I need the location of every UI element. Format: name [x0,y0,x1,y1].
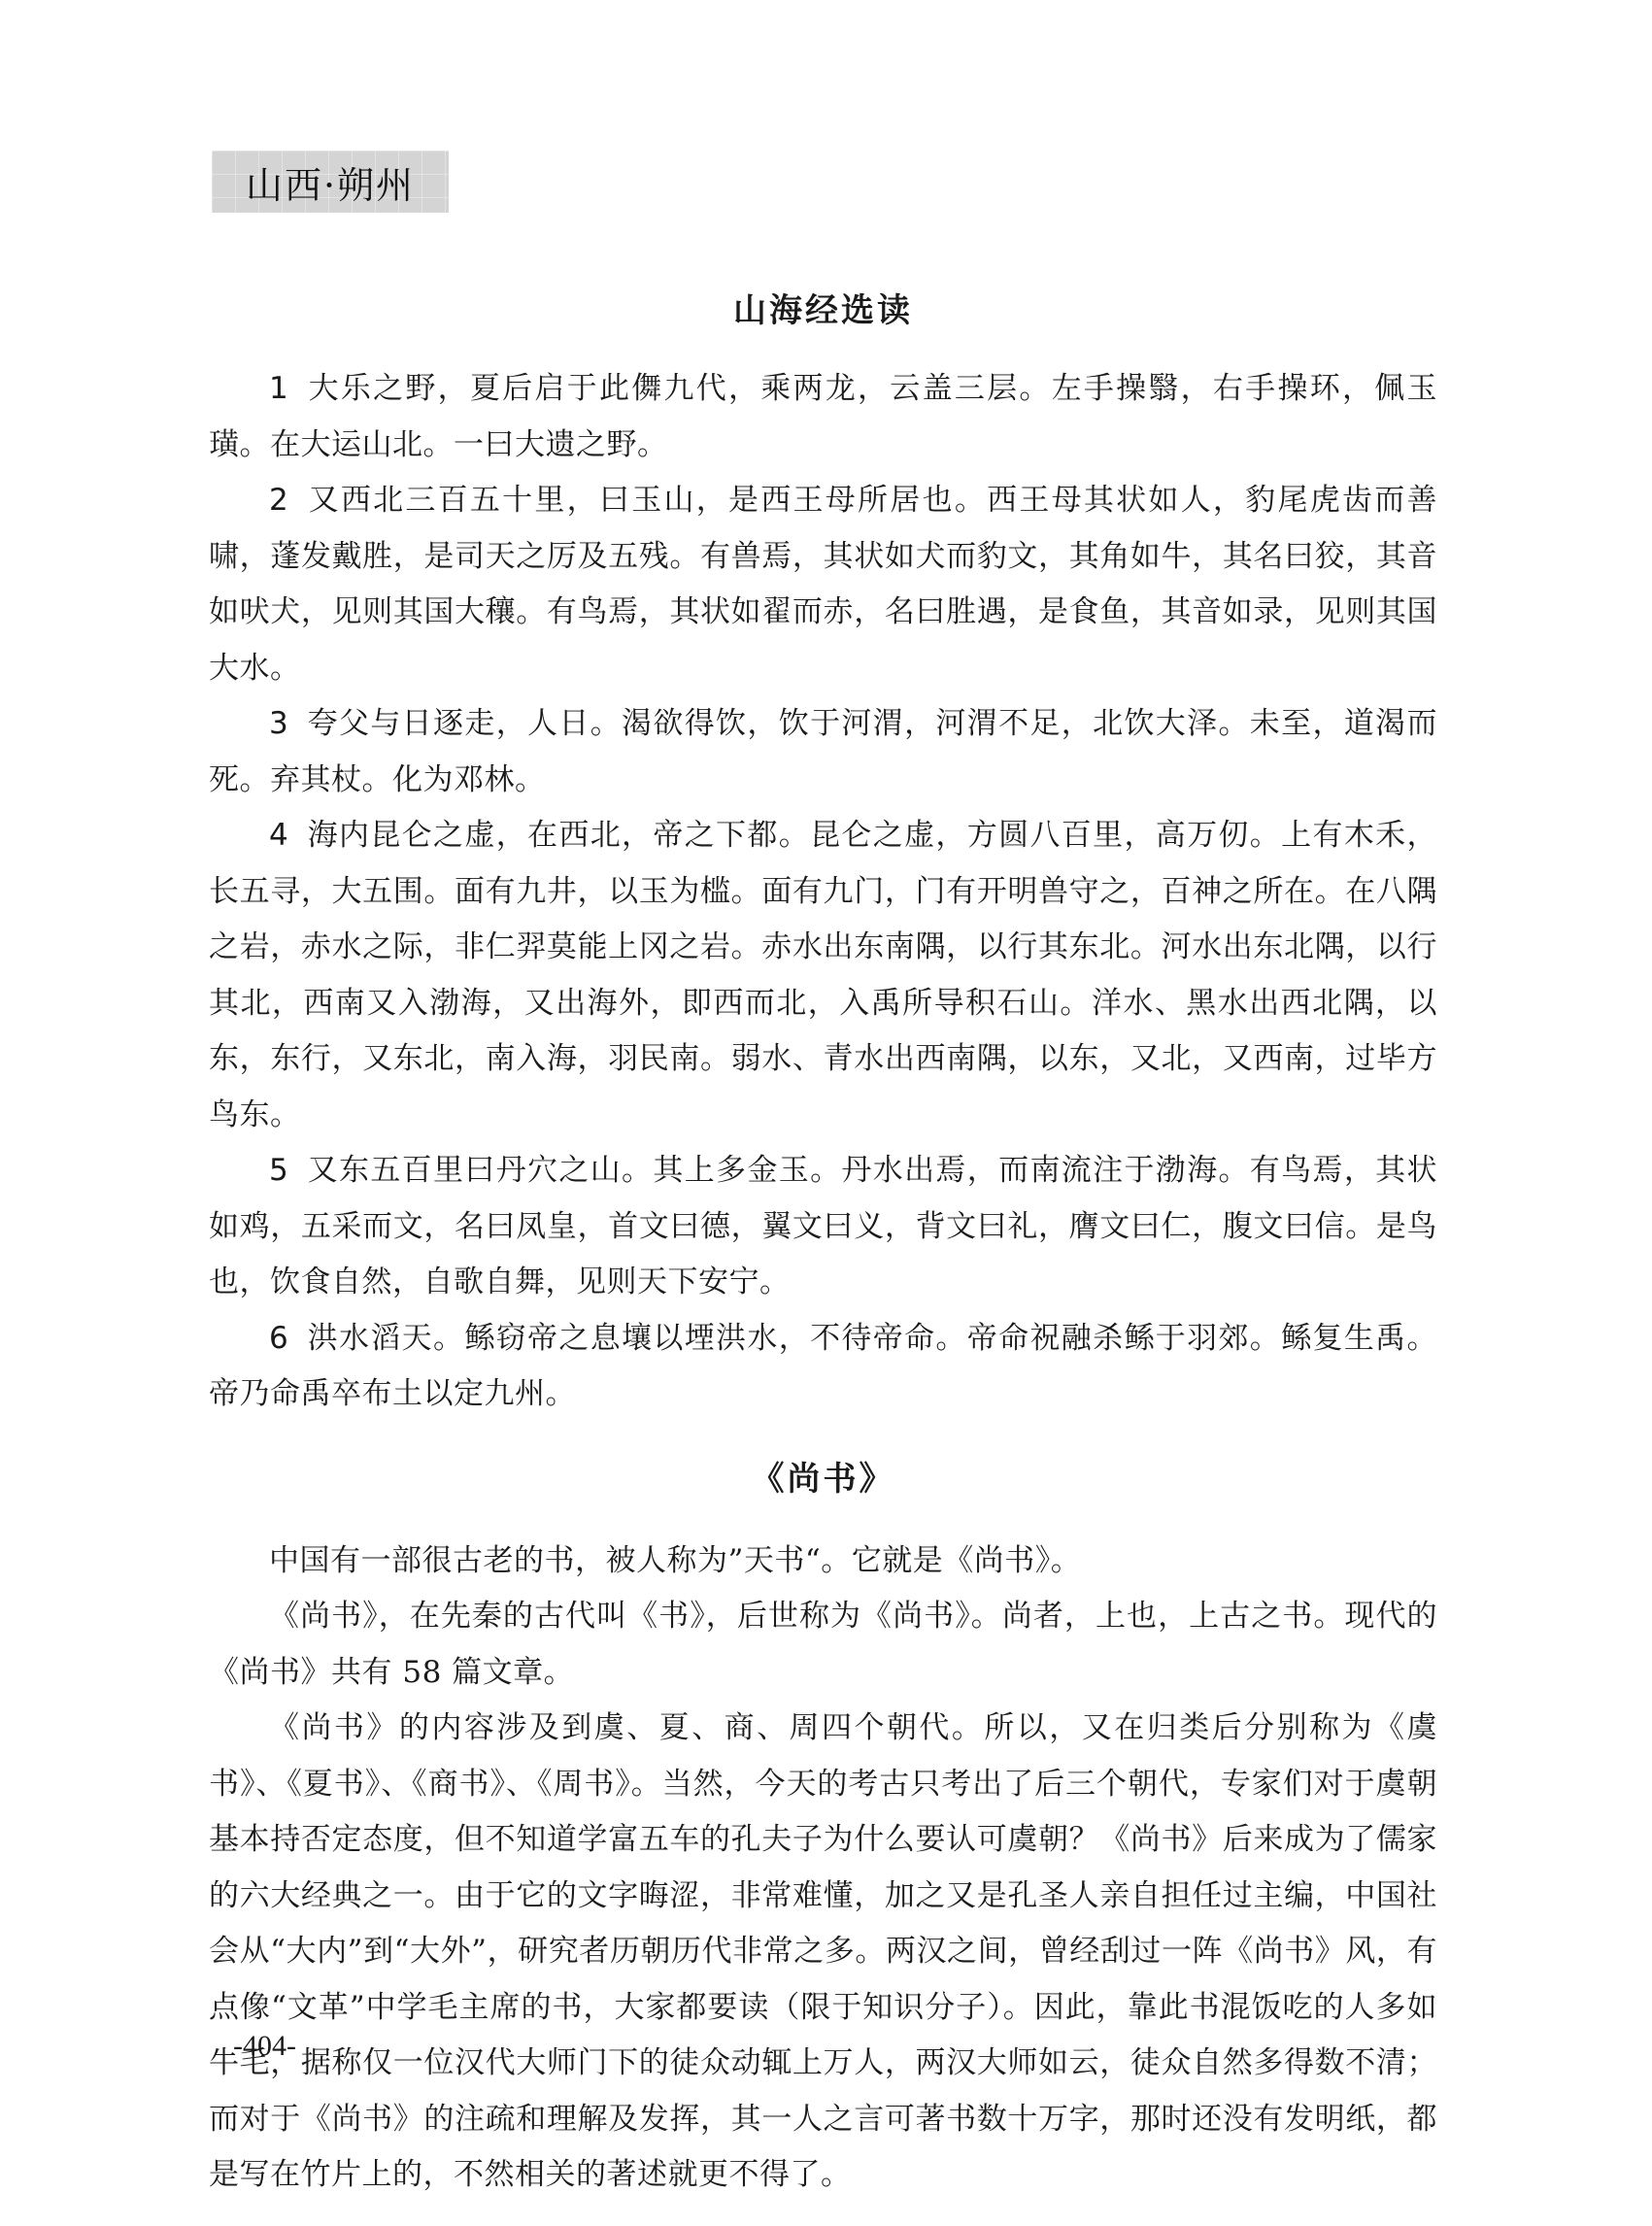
region-tag-label: 山西·朔州 [246,155,415,209]
region-tag: 山西·朔州 [212,151,449,213]
excerpt-number: 3 [269,706,288,741]
excerpt-item: 6洪水滔天。鲧窃帝之息壤以堙洪水，不待帝命。帝命祝融杀鲧于羽郊。鲧复生禹。帝乃命… [209,1311,1437,1423]
body-paragraph: 中国有一部很古老的书，被人称为”天书“。它就是《尚书》。 [209,1534,1437,1590]
shangshu-body: 中国有一部很古老的书，被人称为”天书“。它就是《尚书》。 《尚书》，在先秦的古代… [209,1534,1437,2204]
excerpt-text: 海内昆仑之虚，在西北，帝之下都。昆仑之虚，方圆八百里，高万仞。上有木禾，长五寻，… [209,818,1437,1132]
excerpt-item: 5又东五百里曰丹穴之山。其上多金玉。丹水出焉，而南流注于渤海。有鸟焉，其状如鸡，… [209,1143,1437,1311]
excerpt-number: 6 [269,1321,288,1356]
excerpt-item: 3夸父与日逐走，人日。渴欲得饮，饮于河渭，河渭不足，北饮大泽。未至，道渴而死。弃… [209,696,1437,808]
excerpt-number: 2 [269,483,288,518]
section-title-shangshu: 《尚书》 [209,1450,1437,1508]
excerpt-item: 4海内昆仑之虚，在西北，帝之下都。昆仑之虚，方圆八百里，高万仞。上有木禾，长五寻… [209,808,1437,1143]
excerpt-text: 大乐之野，夏后启于此儛九代，乘两龙，云盖三层。左手操翳，右手操环，佩玉璜。在大运… [209,371,1437,462]
excerpt-text: 又东五百里曰丹穴之山。其上多金玉。丹水出焉，而南流注于渤海。有鸟焉，其状如鸡，五… [209,1153,1437,1299]
shanhaijing-excerpts: 1大乐之野，夏后启于此儛九代，乘两龙，云盖三层。左手操翳，右手操环，佩玉璜。在大… [209,361,1437,1423]
body-paragraph: 《尚书》的内容涉及到虞、夏、商、周四个朝代。所以，又在归类后分别称为《虞书》、《… [209,1701,1437,2204]
excerpt-number: 4 [269,818,288,853]
section-title-shanhaijing: 山海经选读 [209,282,1437,340]
excerpt-item: 1大乐之野，夏后启于此儛九代，乘两龙，云盖三层。左手操翳，右手操环，佩玉璜。在大… [209,361,1437,473]
body-paragraph: 《尚书》，在先秦的古代叫《书》，后世称为《尚书》。尚者，上也，上古之书。现代的《… [209,1589,1437,1701]
excerpt-text: 洪水滔天。鲧窃帝之息壤以堙洪水，不待帝命。帝命祝融杀鲧于羽郊。鲧复生禹。帝乃命禹… [209,1321,1437,1412]
excerpt-text: 又西北三百五十里，曰玉山，是西王母所居也。西王母其状如人，豹尾虎齿而善啸，蓬发戴… [209,483,1437,686]
excerpt-number: 1 [269,371,288,406]
page-number: -404- [233,2030,296,2063]
excerpt-number: 5 [269,1153,288,1188]
page-content: 山海经选读 1大乐之野，夏后启于此儛九代，乘两龙，云盖三层。左手操翳，右手操环，… [209,282,1437,2204]
excerpt-text: 夸父与日逐走，人日。渴欲得饮，饮于河渭，河渭不足，北饮大泽。未至，道渴而死。弃其… [209,706,1437,797]
excerpt-item: 2又西北三百五十里，曰玉山，是西王母所居也。西王母其状如人，豹尾虎齿而善啸，蓬发… [209,473,1437,696]
